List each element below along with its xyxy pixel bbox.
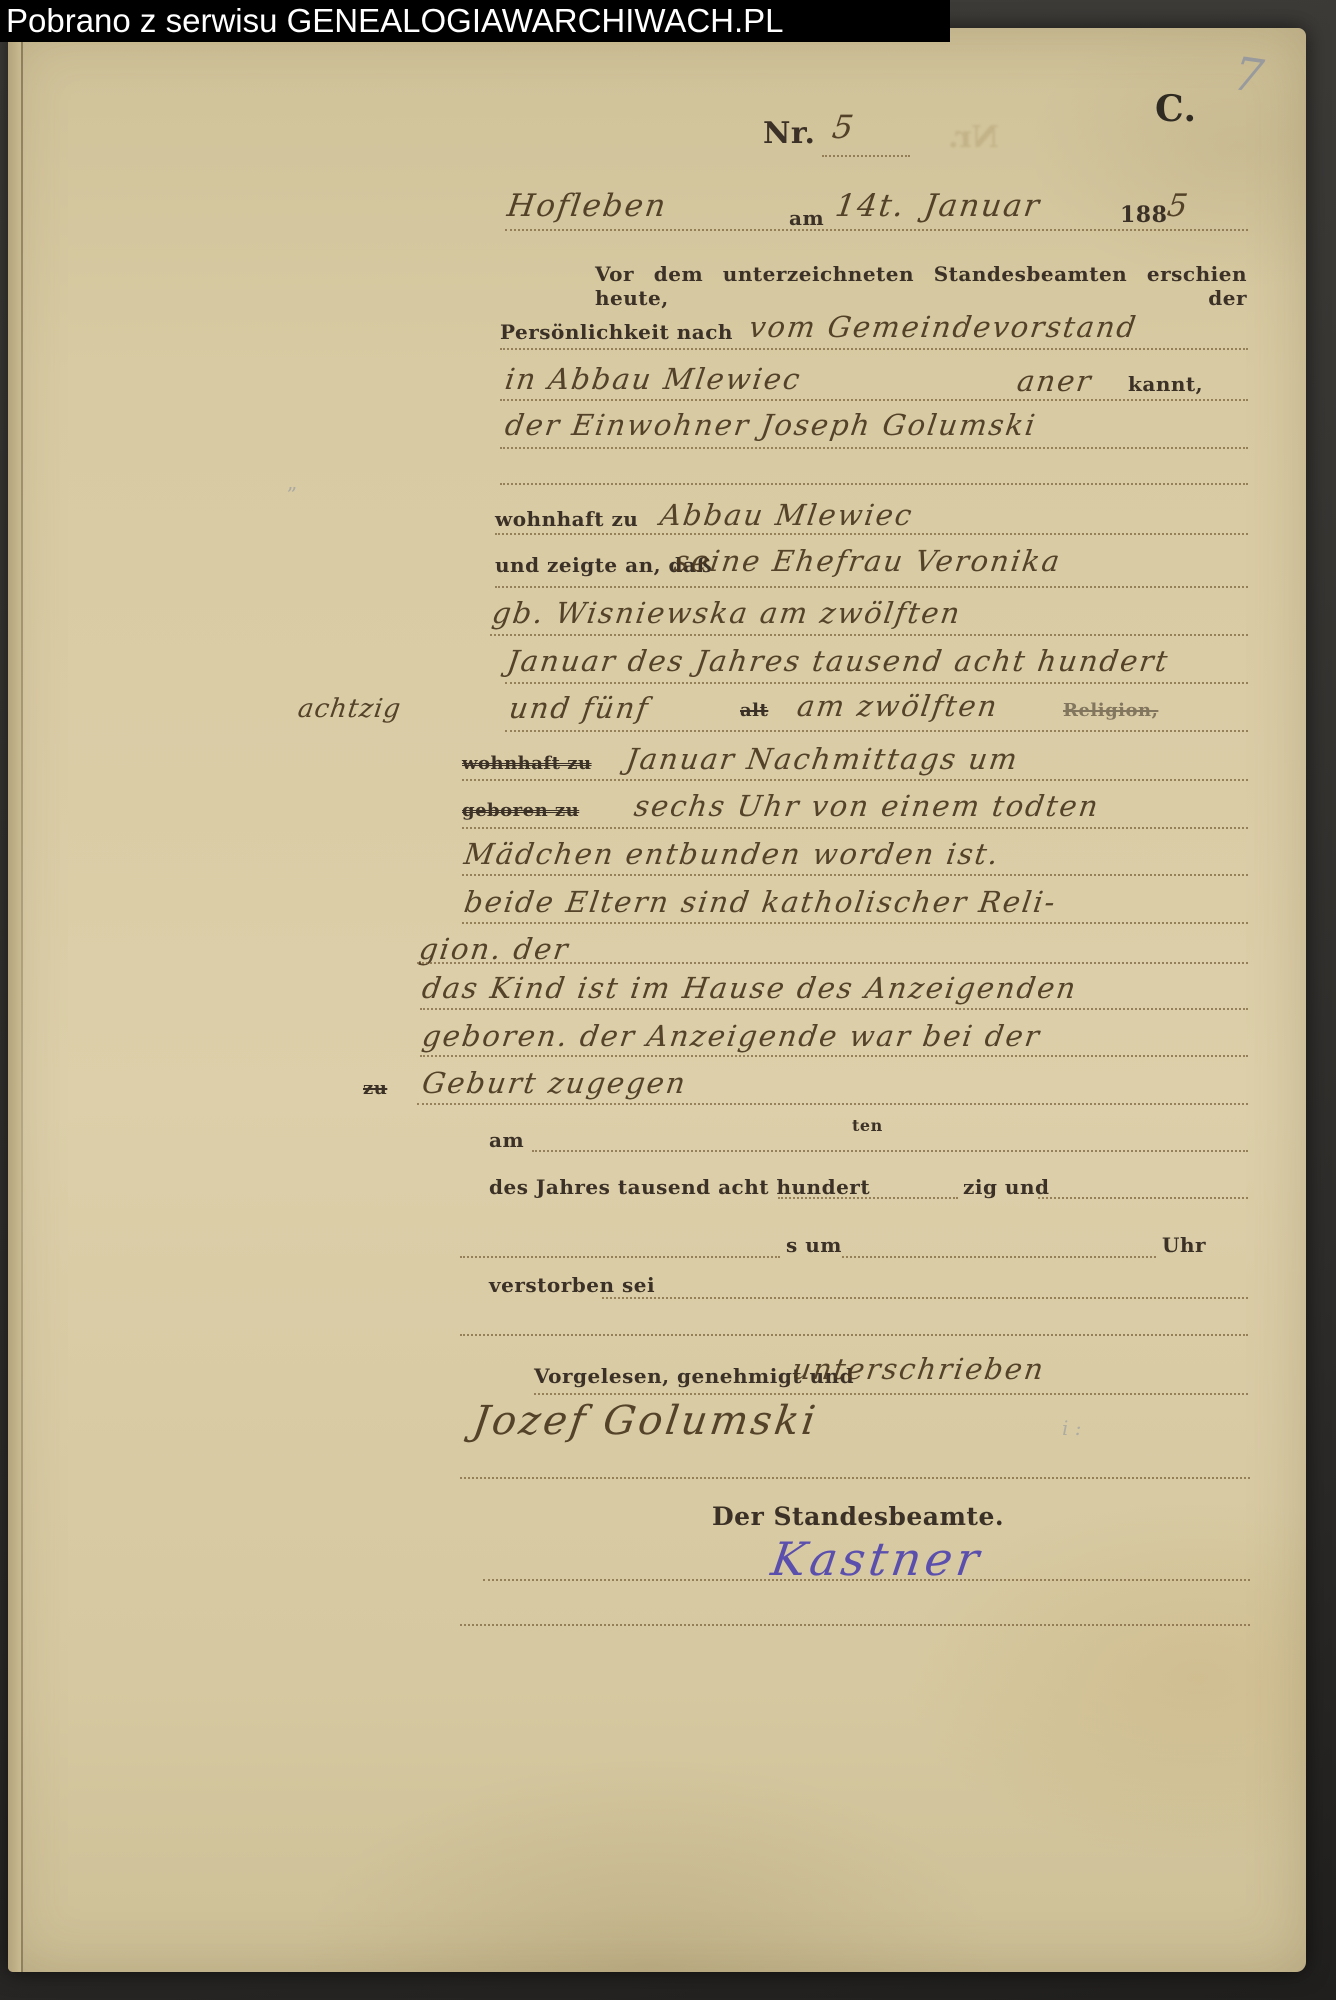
aner-prefix-handwritten: aner	[1015, 364, 1095, 398]
declaration-line-7: Mädchen entbunden worden ist.	[462, 837, 1002, 871]
zig-und-label: zig und	[963, 1175, 1049, 1199]
dotted-rule	[602, 1297, 1248, 1299]
residence-handwritten: Abbau Mlewiec	[658, 498, 916, 532]
dotted-rule	[417, 962, 1248, 964]
ink-bleed-ghost-text: Nr.	[948, 120, 999, 155]
margin-ditto-mark: „	[287, 470, 297, 494]
dotted-rule	[505, 730, 1248, 732]
registrar-label: Der Standesbeamte.	[712, 1502, 1004, 1531]
dotted-rule	[462, 779, 1248, 781]
identified-by-handwritten: vom Gemeindevorstand	[747, 310, 1140, 344]
dotted-rule	[462, 874, 1248, 876]
document-scan-background: Pobrano z serwisu GENEALOGIAWARCHIWACH.P…	[0, 0, 1336, 2000]
record-number-label: Nr.	[763, 116, 815, 151]
dotted-rule	[778, 1197, 958, 1199]
wohnhaft-label-struck: wohnhaft zu	[462, 753, 592, 774]
kannt-label: kannt,	[1128, 372, 1203, 396]
dotted-rule	[460, 1624, 1250, 1626]
am-label: am	[789, 206, 824, 230]
margin-note-handwritten: achtzig	[296, 694, 403, 724]
am-form-label: am	[489, 1128, 524, 1152]
registry-place-handwritten: Hofleben	[505, 188, 670, 224]
year-printed-prefix: 188	[1120, 202, 1167, 228]
dotted-rule	[460, 1334, 1248, 1336]
dotted-rule	[417, 1103, 1248, 1105]
unterschrieben-handwritten: unterschrieben	[790, 1352, 1047, 1386]
dotted-rule	[500, 348, 1248, 350]
verstorben-label: verstorben sei	[489, 1273, 655, 1297]
dotted-rule	[460, 1477, 1250, 1479]
dotted-rule	[460, 1256, 780, 1258]
declaration-line-11: geboren. der Anzeigende war bei der	[420, 1019, 1043, 1053]
watermark-banner: Pobrano z serwisu GENEALOGIAWARCHIWACH.P…	[0, 0, 950, 42]
dotted-rule	[420, 1008, 1248, 1010]
declaration-line-4b: am zwölften	[795, 689, 1001, 723]
declarant-signature: Jozef Golumski	[470, 1398, 821, 1444]
dotted-rule	[500, 447, 1248, 449]
declaration-line-3: Januar des Jahres tausend acht hundert	[505, 644, 1171, 678]
declaration-line-2: gb. Wisniewska am zwölften	[490, 596, 964, 630]
declaration-line-6: sechs Uhr von einem todten	[632, 789, 1102, 823]
registrar-signature: Kastner	[768, 1532, 986, 1586]
binding-crease-line	[21, 28, 23, 1972]
dotted-rule	[505, 229, 1248, 231]
day-handwritten: 14t.	[833, 188, 908, 224]
declaration-line-12: Geburt zugegen	[420, 1066, 689, 1100]
geboren-label-struck: geboren zu	[462, 800, 579, 821]
uhr-label: Uhr	[1162, 1233, 1206, 1257]
dotted-rule	[822, 155, 910, 157]
dotted-rule	[534, 1393, 1248, 1395]
persoenlichkeit-label: Persönlichkeit nach	[500, 320, 733, 344]
dotted-rule	[500, 399, 1248, 401]
dotted-rule	[420, 1055, 1248, 1057]
wohnhaft-label: wohnhaft zu	[495, 507, 638, 531]
declaration-line-1: seine Ehefrau Veronika	[672, 544, 1064, 578]
declaration-line-9: gion. der	[417, 932, 572, 966]
religion-label-struck: Religion,	[1063, 700, 1158, 721]
declaration-line-8: beide Eltern sind katholischer Reli-	[462, 885, 1059, 919]
pencil-marks: i :	[1062, 1416, 1082, 1440]
watermark-banner-text: Pobrano z serwisu GENEALOGIAWARCHIWACH.P…	[0, 0, 950, 41]
s-um-label: s um	[786, 1233, 842, 1257]
declaration-line-4a: und fünf	[507, 691, 652, 725]
alt-label-struck: alt	[740, 700, 768, 721]
dotted-rule	[462, 827, 1248, 829]
form-intro-line: Vor dem unterzeichneten Standesbeamten e…	[595, 262, 1247, 310]
declarant-name-handwritten: der Einwohner Joseph Golumski	[503, 408, 1039, 442]
dotted-rule	[1038, 1197, 1248, 1199]
form-corner-letter: C.	[1155, 88, 1197, 130]
dotted-rule	[532, 1150, 1248, 1152]
dotted-rule	[495, 533, 1248, 535]
dotted-rule	[462, 922, 1248, 924]
dotted-rule	[505, 682, 1248, 684]
zu-label-struck: zu	[363, 1078, 387, 1099]
dotted-rule	[483, 1579, 1250, 1581]
month-handwritten: Januar	[922, 188, 1043, 224]
place-of-identification-handwritten: in Abbau Mlewiec	[503, 362, 804, 396]
dotted-rule	[490, 634, 1248, 636]
declaration-line-5: Januar Nachmittags um	[624, 742, 1021, 776]
ten-suffix-label: ten	[852, 1116, 883, 1135]
dotted-rule	[495, 586, 1248, 588]
dotted-rule	[842, 1256, 1156, 1258]
declaration-line-10: das Kind ist im Hause des Anzeigenden	[420, 971, 1080, 1005]
page-binding-edge	[8, 28, 21, 1972]
dotted-rule	[500, 483, 1248, 485]
jahres-label: des Jahres tausend acht hundert	[489, 1175, 870, 1199]
